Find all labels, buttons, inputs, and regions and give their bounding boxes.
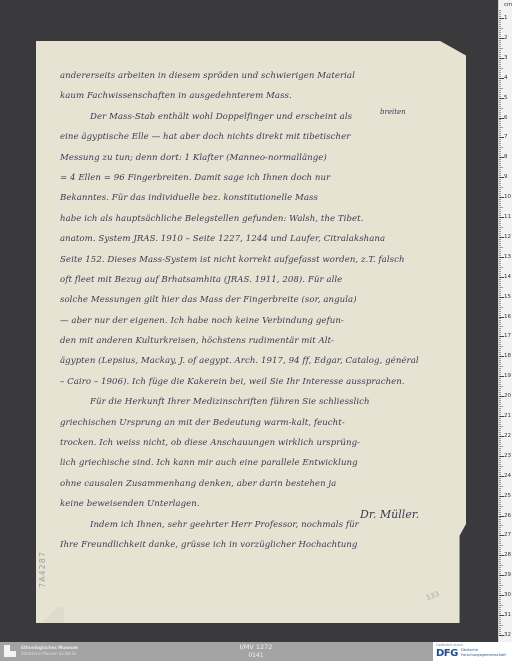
ruler-tick xyxy=(499,390,501,391)
ruler-tick xyxy=(499,394,501,395)
ruler-tick xyxy=(499,269,501,270)
ruler-tick xyxy=(499,388,501,389)
ruler-tick xyxy=(499,514,501,515)
letter-line: eine ägyptische Elle — hat aber doch nic… xyxy=(60,127,472,147)
ruler-tick xyxy=(499,167,503,168)
ruler-tick xyxy=(499,563,501,564)
ruler-tick xyxy=(499,26,501,27)
ruler-tick xyxy=(499,539,501,540)
letter-line: Bekanntes. Für das individuelle bez. kon… xyxy=(60,188,472,208)
ruler-tick xyxy=(499,213,501,214)
ruler-tick xyxy=(499,24,501,25)
ruler-tick xyxy=(499,62,501,63)
ruler-tick xyxy=(499,291,501,292)
ruler-tick xyxy=(499,175,501,176)
letter-line: oft fleet mit Bezug auf Brhatsamhita (JR… xyxy=(60,270,472,290)
ruler-tick xyxy=(499,358,501,359)
ruler-tick xyxy=(499,241,501,242)
ruler-tick xyxy=(499,460,501,461)
ruler-tick xyxy=(499,112,501,113)
ruler-tick xyxy=(499,318,501,319)
ruler-tick xyxy=(499,14,501,15)
ruler-tick xyxy=(499,498,501,499)
ruler-tick xyxy=(499,549,501,550)
ruler-tick xyxy=(499,233,501,234)
ruler-tick xyxy=(499,502,501,503)
ruler-label: 8 xyxy=(504,154,508,160)
ruler-tick xyxy=(499,599,501,600)
ruler-tick xyxy=(499,94,501,95)
ruler-tick xyxy=(499,589,501,590)
ruler-tick xyxy=(499,293,501,294)
letter-body: andererseits arbeiten in diesem spröden … xyxy=(60,66,472,555)
ruler-label: 1 xyxy=(504,15,508,21)
ruler-tick xyxy=(499,76,501,77)
ruler-label: 16 xyxy=(504,314,511,320)
ruler-unit-label: cm xyxy=(504,2,512,8)
ruler-tick xyxy=(499,163,501,164)
ruler-tick xyxy=(499,50,501,51)
letter-line: Seite 152. Dieses Mass-System ist nicht … xyxy=(60,250,472,270)
ruler-tick xyxy=(499,392,501,393)
ruler-tick xyxy=(499,203,501,204)
ruler-tick xyxy=(499,404,501,405)
ruler-tick xyxy=(499,621,501,622)
ruler-tick xyxy=(499,581,501,582)
ruler-tick xyxy=(499,470,501,471)
ruler-tick xyxy=(499,567,501,568)
ruler-tick xyxy=(499,305,501,306)
letter-line: – Cairo – 1906). Ich füge die Kakerein b… xyxy=(60,372,472,392)
ruler-tick xyxy=(499,151,501,152)
ruler-label: 10 xyxy=(504,194,511,200)
ruler-label: 12 xyxy=(504,234,511,240)
ruler-tick xyxy=(499,313,501,314)
letter-line: lich griechische sind. Ich kann mir auch… xyxy=(60,453,472,473)
ruler-tick xyxy=(499,478,501,479)
letter-line: = 4 Ellen = 96 Fingerbreiten. Damit sage… xyxy=(60,168,472,188)
ruler-label: 6 xyxy=(504,115,508,121)
ruler-tick xyxy=(499,155,501,156)
dfg-logo-icon: DFG xyxy=(436,648,458,659)
letter-line: den mit anderen Kulturkreisen, höchstens… xyxy=(60,331,472,351)
ruler-tick xyxy=(499,185,501,186)
ruler-tick xyxy=(499,193,501,194)
funder-badge: Gefördert durch DFG Deutsche Forschungsg… xyxy=(433,642,512,661)
ruler-tick xyxy=(499,30,501,31)
ruler-tick xyxy=(499,82,501,83)
ruler-tick xyxy=(499,597,501,598)
ruler-tick xyxy=(499,64,501,65)
ruler-tick xyxy=(499,523,501,524)
ruler-tick xyxy=(499,139,501,140)
ruler-tick xyxy=(499,627,501,628)
ruler-tick xyxy=(499,573,501,574)
ruler-tick xyxy=(499,301,501,302)
ruler-tick xyxy=(499,135,501,136)
ruler-tick xyxy=(499,267,503,268)
ruler-tick xyxy=(499,207,503,208)
ruler-tick xyxy=(499,410,501,411)
ruler-tick xyxy=(499,121,501,122)
ruler-tick xyxy=(499,613,501,614)
ruler-tick xyxy=(499,145,501,146)
ruler-tick xyxy=(499,74,501,75)
ruler-tick xyxy=(499,22,501,23)
ruler-tick xyxy=(499,279,501,280)
ruler-tick xyxy=(499,281,501,282)
ruler-label: 17 xyxy=(504,333,511,339)
ruler-tick xyxy=(499,565,503,566)
funder-name: Deutsche Forschungsgemeinschaft xyxy=(461,648,506,657)
ruler-tick xyxy=(499,603,501,604)
ruler-tick xyxy=(499,253,501,254)
ruler-tick xyxy=(499,508,501,509)
ruler-tick xyxy=(499,466,503,467)
ruler-label: 21 xyxy=(504,413,511,419)
ruler-tick xyxy=(499,398,501,399)
ruler-tick xyxy=(499,428,501,429)
ruler-tick xyxy=(499,54,501,55)
ruler-tick xyxy=(499,289,501,290)
ruler-label: 19 xyxy=(504,373,511,379)
ruler-tick xyxy=(499,454,501,455)
ruler-tick xyxy=(499,219,501,220)
ruler-label: 30 xyxy=(504,592,511,598)
ruler-tick xyxy=(499,434,501,435)
ruler-tick xyxy=(499,424,501,425)
ruler-tick xyxy=(499,426,503,427)
letter-line: — aber nur der eigenen. Ich habe noch ke… xyxy=(60,311,472,331)
ruler-tick xyxy=(499,366,503,367)
ruler-tick xyxy=(499,324,501,325)
ruler-tick xyxy=(499,350,501,351)
ruler-tick xyxy=(499,119,501,120)
ruler-tick xyxy=(499,205,501,206)
ruler-tick xyxy=(499,541,501,542)
ruler-tick xyxy=(499,88,503,89)
ruler-tick xyxy=(499,372,501,373)
interlinear-insertion: breiten xyxy=(380,108,406,116)
ruler-tick xyxy=(499,557,501,558)
ruler-tick xyxy=(499,517,501,518)
ruler-tick xyxy=(499,484,501,485)
ruler-tick xyxy=(499,125,501,126)
ruler-tick xyxy=(499,245,501,246)
signature: Dr. Müller. xyxy=(360,508,419,521)
ruler-tick xyxy=(499,609,501,610)
ruler-tick xyxy=(499,334,501,335)
ruler-tick xyxy=(499,80,501,81)
ruler-tick xyxy=(499,211,501,212)
scan-viewport: andererseits arbeiten in diesem spröden … xyxy=(0,0,512,642)
archive-footer: Ethnologisches Museum Staatliche Museen … xyxy=(0,642,512,661)
ruler-tick xyxy=(499,201,501,202)
ruler-tick xyxy=(499,529,501,530)
ruler-tick xyxy=(499,364,501,365)
ruler-tick xyxy=(499,90,501,91)
ruler-tick xyxy=(499,440,501,441)
ruler-tick xyxy=(499,231,501,232)
ruler-tick xyxy=(499,380,501,381)
ruler-tick xyxy=(499,633,501,634)
ruler-tick xyxy=(499,430,501,431)
ruler-tick xyxy=(499,531,501,532)
ruler-tick xyxy=(499,492,501,493)
ruler-tick xyxy=(499,494,501,495)
ruler-tick xyxy=(499,591,501,592)
ruler-tick xyxy=(499,414,501,415)
ruler-tick xyxy=(499,247,503,248)
ruler-tick xyxy=(499,412,501,413)
letter-line: ägypten (Lepsius, Mackay, J. of aegypt. … xyxy=(60,351,472,371)
ruler-tick xyxy=(499,561,501,562)
ruler-tick xyxy=(499,420,501,421)
ruler-tick xyxy=(499,46,501,47)
ruler-tick xyxy=(499,52,501,53)
ruler-tick xyxy=(499,12,501,13)
letter-line: kaum Fachwissenschaften in ausgedehntere… xyxy=(60,86,472,106)
ruler-tick xyxy=(499,191,501,192)
ruler-tick xyxy=(499,442,501,443)
ruler-tick xyxy=(499,159,501,160)
ruler-tick xyxy=(499,619,501,620)
ruler-tick xyxy=(499,199,501,200)
ruler-tick xyxy=(499,171,501,172)
ruler-tick xyxy=(499,527,501,528)
ruler-label: 4 xyxy=(504,75,508,81)
ruler-tick xyxy=(499,161,501,162)
ruler-label: 2 xyxy=(504,35,508,41)
ruler-tick xyxy=(499,34,501,35)
letter-line: Ihre Freundlichkeit danke, grüsse ich in… xyxy=(60,535,472,555)
ruler-tick xyxy=(499,446,503,447)
ruler-tick xyxy=(499,72,501,73)
ruler-tick xyxy=(499,275,501,276)
ruler-tick xyxy=(499,408,501,409)
ruler-tick xyxy=(499,462,501,463)
ruler-tick xyxy=(499,346,503,347)
ruler-tick xyxy=(499,332,501,333)
ruler-tick xyxy=(499,309,501,310)
funder-name-line2: Forschungsgemeinschaft xyxy=(461,653,506,657)
ruler-tick xyxy=(499,406,503,407)
ruler-tick xyxy=(499,116,501,117)
ruler-tick xyxy=(499,559,501,560)
ruler-tick xyxy=(499,482,501,483)
ruler-label: 20 xyxy=(504,393,511,399)
ruler-tick xyxy=(499,86,501,87)
ruler-tick xyxy=(499,20,501,21)
measurement-ruler: cm 1234567891011121314151617181920212223… xyxy=(498,0,512,642)
inventory-number: 7A4287 xyxy=(38,551,47,588)
ruler-tick xyxy=(499,227,503,228)
letter-line: ohne causalen Zusammenhang denken, aber … xyxy=(60,474,472,494)
ruler-tick xyxy=(499,263,501,264)
ruler-tick xyxy=(499,422,501,423)
ruler-label: 7 xyxy=(504,134,508,140)
ruler-tick xyxy=(499,153,501,154)
ruler-tick xyxy=(499,229,501,230)
ruler-tick xyxy=(499,225,501,226)
ruler-tick xyxy=(499,183,501,184)
ruler-tick xyxy=(499,352,501,353)
ruler-tick xyxy=(499,480,501,481)
ruler-tick xyxy=(499,569,501,570)
ruler-tick xyxy=(499,587,501,588)
ruler-tick xyxy=(499,342,501,343)
ruler-tick xyxy=(499,585,503,586)
ruler-tick xyxy=(499,543,501,544)
ruler-tick xyxy=(499,36,501,37)
letter-line: trocken. Ich weiss nicht, ob diese Ansch… xyxy=(60,433,472,453)
ruler-tick xyxy=(499,378,501,379)
ruler-tick xyxy=(499,285,501,286)
ruler-tick xyxy=(499,504,501,505)
ruler-tick xyxy=(499,40,501,41)
ruler-tick xyxy=(499,611,501,612)
letter-line: Messung zu tun; denn dort: 1 Klafter (Ma… xyxy=(60,148,472,168)
ruler-tick xyxy=(499,629,501,630)
ruler-tick xyxy=(499,400,501,401)
ruler-tick xyxy=(499,521,501,522)
ruler-tick xyxy=(499,209,501,210)
ruler-tick xyxy=(499,468,501,469)
letter-line: andererseits arbeiten in diesem spröden … xyxy=(60,66,472,86)
ruler-tick xyxy=(499,545,503,546)
letter-line: Für die Herkunft Ihrer Medizinschriften … xyxy=(60,392,472,412)
ruler-tick xyxy=(499,506,503,507)
ruler-tick xyxy=(499,452,501,453)
letter-line: anatom. System JRAS. 1910 – Seite 1227, … xyxy=(60,229,472,249)
ruler-label: 9 xyxy=(504,174,508,180)
ruler-label: 5 xyxy=(504,95,508,101)
ruler-tick xyxy=(499,173,501,174)
ruler-tick xyxy=(499,537,501,538)
ruler-tick xyxy=(499,243,501,244)
ruler-label: 26 xyxy=(504,513,511,519)
ruler-label: 13 xyxy=(504,254,511,260)
ruler-label: 25 xyxy=(504,493,511,499)
ruler-tick xyxy=(499,179,501,180)
ruler-tick xyxy=(499,60,501,61)
ruler-tick xyxy=(499,547,501,548)
ruler-tick xyxy=(499,147,503,148)
ruler-label: 3 xyxy=(504,55,508,61)
ruler-tick xyxy=(499,577,501,578)
funding-label: Gefördert durch xyxy=(436,643,463,647)
ruler-label: 31 xyxy=(504,612,511,618)
ruler-tick xyxy=(499,384,501,385)
ruler-tick xyxy=(499,448,501,449)
ruler-tick xyxy=(499,259,501,260)
ruler-tick xyxy=(499,16,501,17)
ruler-tick xyxy=(499,307,503,308)
ruler-label: 27 xyxy=(504,532,511,538)
ruler-tick xyxy=(499,474,501,475)
ruler-tick xyxy=(499,195,501,196)
ruler-tick xyxy=(499,299,501,300)
ruler-tick xyxy=(499,129,501,130)
ruler-tick xyxy=(499,110,501,111)
ruler-tick xyxy=(499,593,501,594)
ruler-tick xyxy=(499,464,501,465)
ruler-tick xyxy=(499,488,501,489)
ruler-tick xyxy=(499,571,501,572)
ruler-label: 28 xyxy=(504,552,511,558)
ruler-label: 24 xyxy=(504,473,511,479)
letter-line: habe ich als hauptsächliche Belegstellen… xyxy=(60,209,472,229)
ruler-tick xyxy=(499,143,501,144)
ruler-tick xyxy=(499,500,501,501)
ruler-tick xyxy=(499,338,501,339)
ruler-tick xyxy=(499,273,501,274)
ruler-tick xyxy=(499,362,501,363)
ruler-tick xyxy=(499,418,501,419)
ruler-tick xyxy=(499,512,501,513)
ruler-tick xyxy=(499,44,501,45)
ruler-tick xyxy=(499,354,501,355)
ruler-tick xyxy=(499,315,501,316)
ruler-tick xyxy=(499,48,503,49)
ruler-tick xyxy=(499,320,501,321)
ruler-tick xyxy=(499,223,501,224)
ruler-tick xyxy=(499,450,501,451)
ruler-tick xyxy=(499,32,501,33)
ruler-tick xyxy=(499,322,501,323)
ruler-tick xyxy=(499,607,501,608)
ruler-tick xyxy=(499,295,501,296)
ruler-tick xyxy=(499,239,501,240)
ruler-tick xyxy=(499,510,501,511)
ruler-tick xyxy=(499,215,501,216)
ruler-tick xyxy=(499,458,501,459)
ruler-tick xyxy=(499,382,501,383)
ruler-tick xyxy=(499,84,501,85)
ruler-tick xyxy=(499,340,501,341)
ruler-tick xyxy=(499,133,501,134)
ruler-tick xyxy=(499,56,501,57)
ruler-tick xyxy=(499,360,501,361)
ruler-tick xyxy=(499,108,503,109)
ruler-tick xyxy=(499,235,501,236)
ruler-tick xyxy=(499,102,501,103)
ruler-tick xyxy=(499,68,503,69)
ruler-tick xyxy=(499,249,501,250)
ruler-label: 18 xyxy=(504,353,511,359)
ruler-tick xyxy=(499,386,503,387)
ruler-tick xyxy=(499,123,501,124)
ruler-tick xyxy=(499,486,503,487)
ruler-tick xyxy=(499,525,503,526)
ruler-tick xyxy=(499,165,501,166)
letter-line: griechischen Ursprung an mit der Bedeutu… xyxy=(60,413,472,433)
ruler-tick xyxy=(499,221,501,222)
ruler-tick xyxy=(499,617,501,618)
ruler-tick xyxy=(499,187,503,188)
ruler-label: 15 xyxy=(504,294,511,300)
ruler-tick xyxy=(499,10,501,11)
letter-line: solche Messungen gilt hier das Mass der … xyxy=(60,290,472,310)
ruler-tick xyxy=(499,181,501,182)
ruler-tick xyxy=(499,472,501,473)
ruler-tick xyxy=(499,271,501,272)
ruler-tick xyxy=(499,261,501,262)
ruler-tick xyxy=(499,432,501,433)
ruler-tick xyxy=(499,605,503,606)
ruler-tick xyxy=(499,623,501,624)
ruler-tick xyxy=(499,255,501,256)
